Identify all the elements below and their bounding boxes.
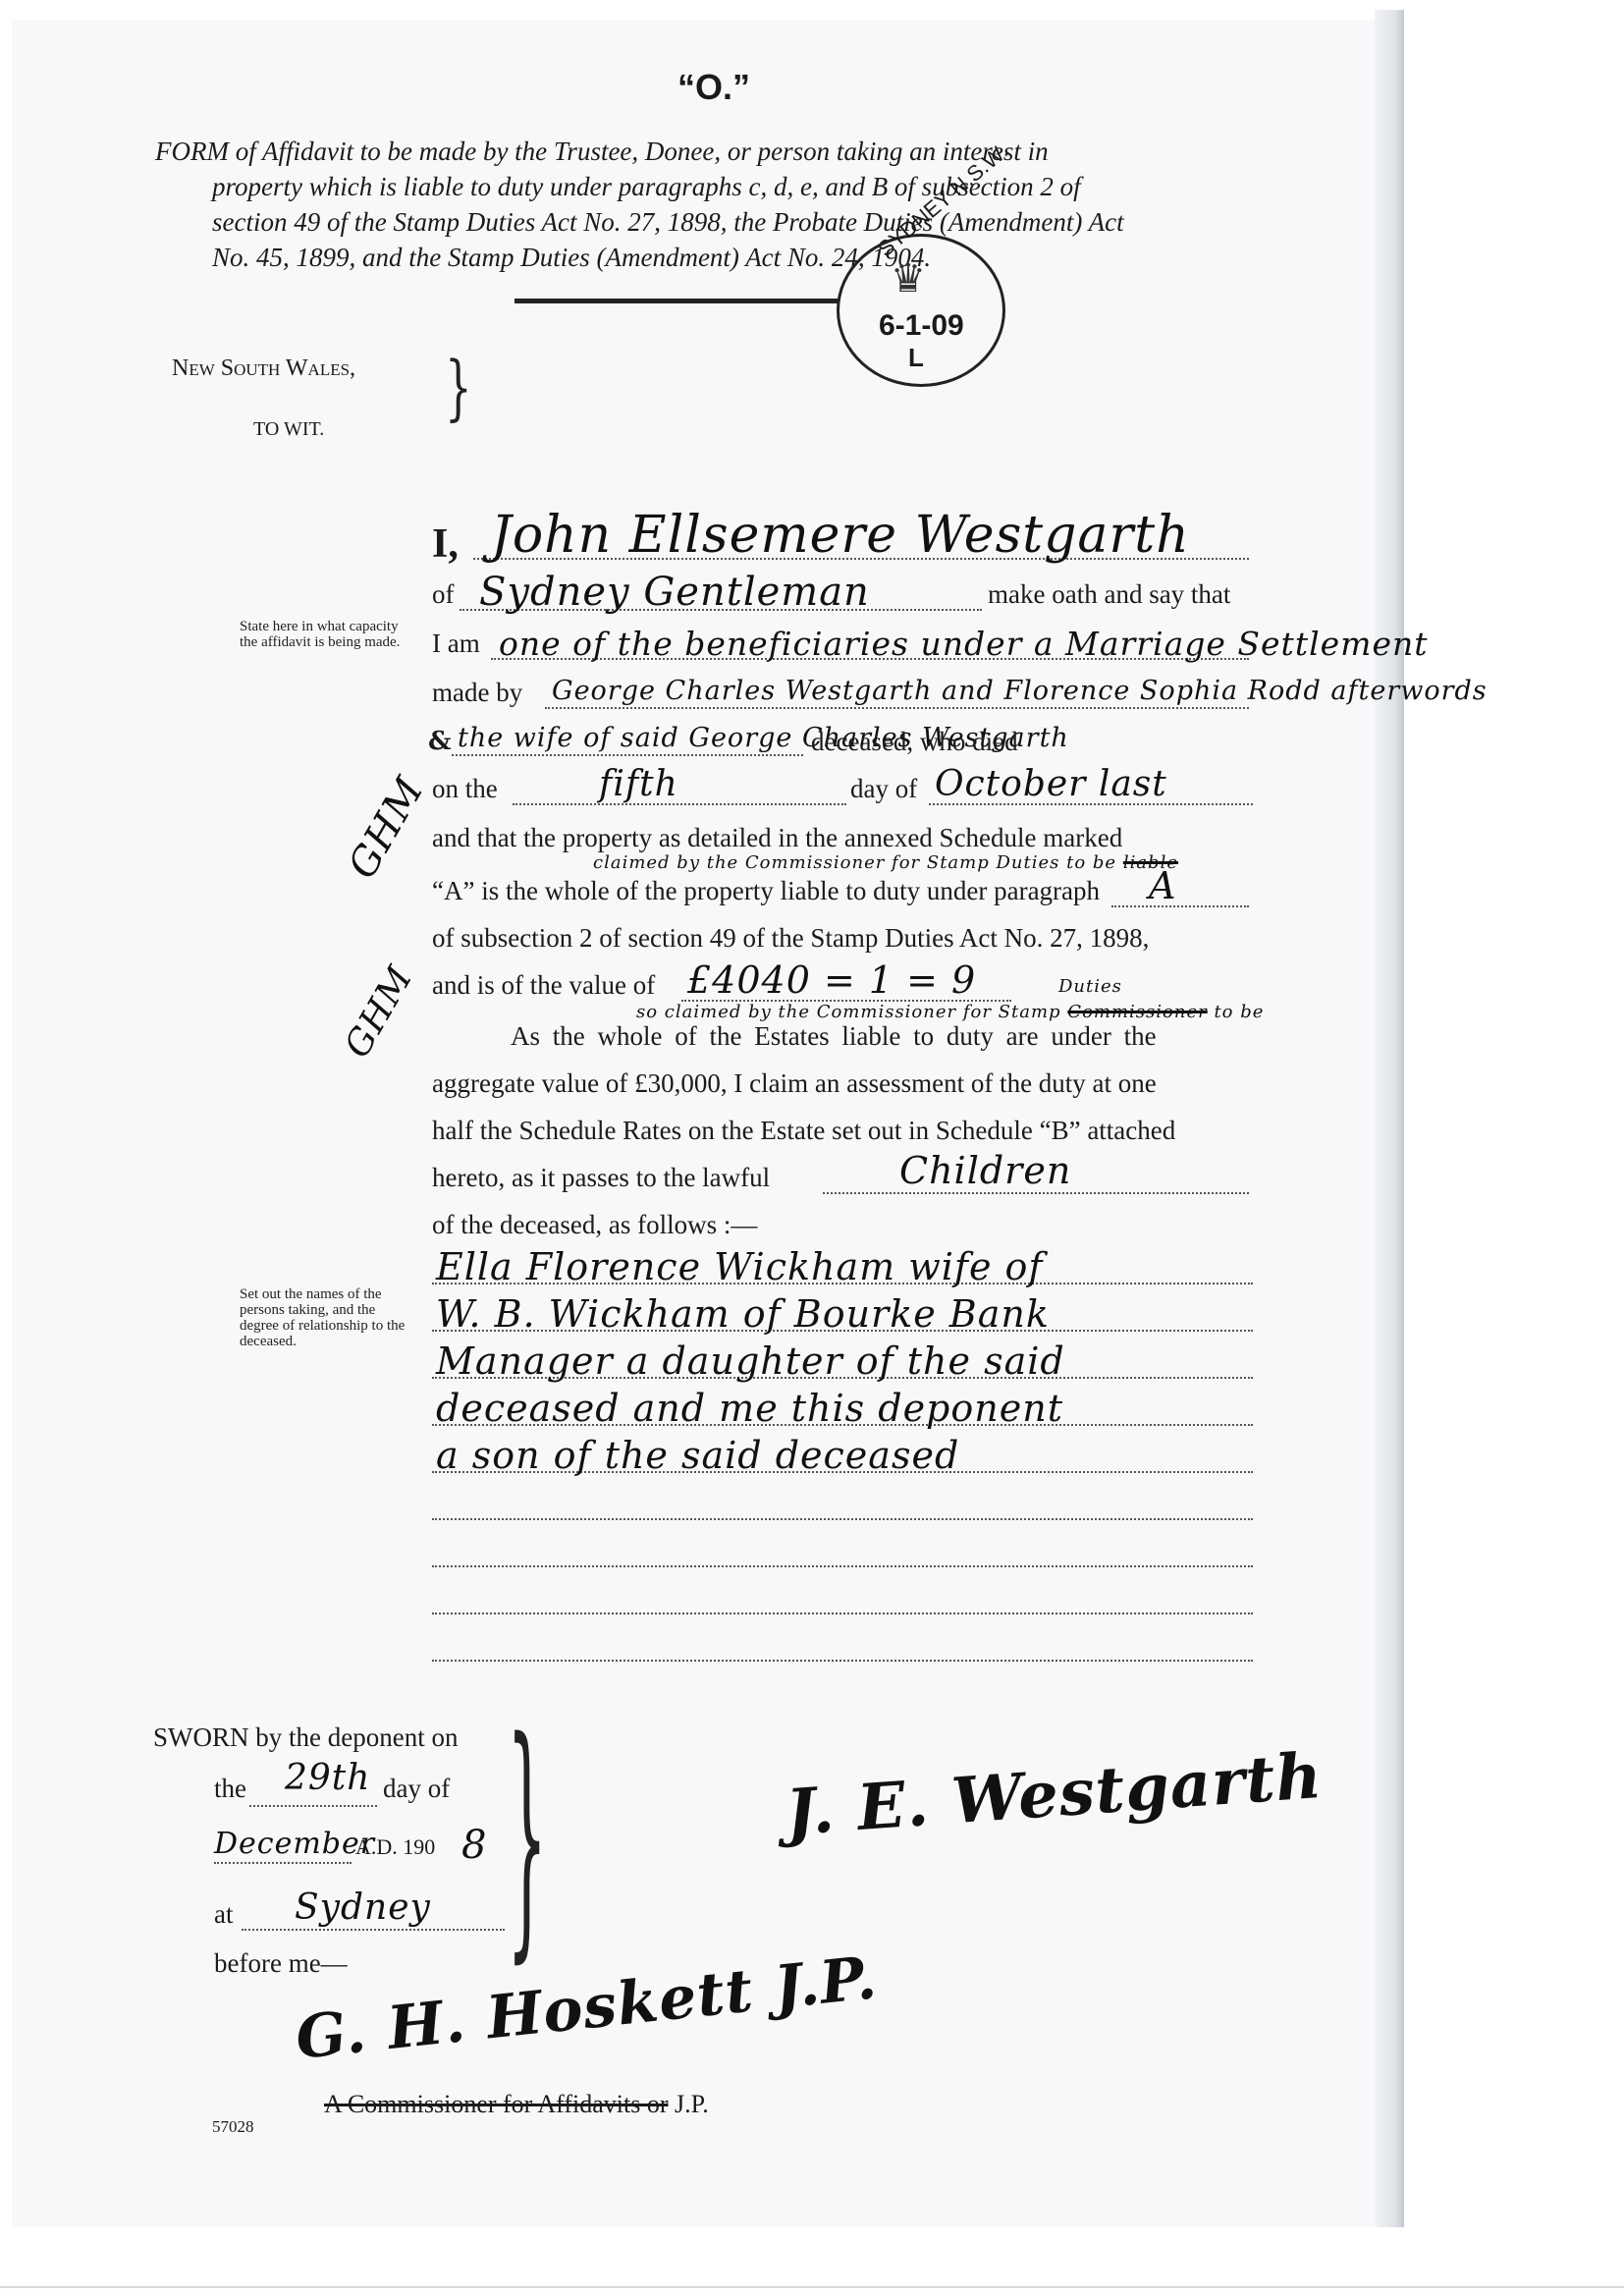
heading-rule: [514, 299, 839, 303]
i-label: I,: [432, 520, 459, 568]
form-letter: “O.”: [677, 67, 750, 108]
postmark-stamp: SYDNEY N.S.W. ♛ 6-1-09 L: [837, 234, 1005, 387]
made-by-line: [545, 707, 1249, 709]
lawful-field: Children: [899, 1149, 1071, 1192]
interlinear-note-2-end: to be: [1214, 1002, 1264, 1022]
beneficiary-text: a son of the said deceased: [436, 1434, 959, 1477]
beneficiary-text: Manager a daughter of the said: [436, 1339, 1065, 1383]
interlinear-note-1: claimed by the Commissioner for Stamp Du…: [593, 852, 1178, 873]
deceased-died-text: deceased, who died: [811, 727, 1018, 757]
and-that-text: and that the property as detailed in the…: [432, 823, 1122, 853]
witness-title: A Commissioner for Affidavits or J.P.: [324, 2090, 709, 2119]
beneficiary-text: W. B. Wickham of Bourke Bank: [436, 1292, 1050, 1336]
interlinear-note-2: so claimed by the Commissioner for Stamp…: [636, 1002, 1264, 1022]
half-rates-text: half the Schedule Rates on the Estate se…: [432, 1116, 1175, 1146]
witness-title-jp: J.P.: [675, 2090, 709, 2118]
jurisdiction-to-wit: TO WIT.: [253, 418, 324, 441]
beneficiary-line-blank: [432, 1481, 1253, 1528]
value-label: and is of the value of: [432, 970, 655, 1001]
jurat-day-of: day of: [383, 1774, 450, 1804]
make-oath-text: make oath and say that: [988, 579, 1230, 610]
jurat-place-line: [242, 1929, 505, 1931]
beneficiary-line-blank: [432, 1622, 1253, 1669]
beneficiary-line-blank: [432, 1528, 1253, 1575]
sworn-text: SWORN by the deponent on: [153, 1722, 458, 1753]
beneficiary-line: a son of the said deceased: [432, 1434, 1253, 1481]
of-deceased-text: of the deceased, as follows :—: [432, 1210, 757, 1240]
hereto-text: hereto, as it passes to the lawful: [432, 1163, 770, 1193]
ampersand-mark: &: [428, 727, 451, 756]
interlinear-note-2-struck: Commissioner: [1067, 1002, 1207, 1022]
postmark-date: 6-1-09: [879, 309, 964, 343]
beneficiary-line: Manager a daughter of the said: [432, 1339, 1253, 1387]
jurat-at-label: at: [214, 1899, 234, 1930]
aggregate-text: aggregate value of £30,000, I claim an a…: [432, 1068, 1157, 1099]
paragraph-line: [1111, 905, 1249, 907]
paragraph-field: A: [1149, 864, 1176, 907]
jurat-month-line: [214, 1862, 352, 1864]
postmark-letter: L: [908, 343, 924, 373]
jurat-the-label: the: [214, 1774, 246, 1804]
month-field: October last: [935, 764, 1167, 804]
beneficiary-line: W. B. Wickham of Bourke Bank: [432, 1292, 1253, 1339]
crown-icon: ♛: [891, 256, 926, 301]
beneficiary-text: Ella Florence Wickham wife of: [436, 1245, 1044, 1288]
jurat-month-field: December: [214, 1827, 375, 1861]
of-label: of: [432, 579, 455, 610]
beneficiary-line-blank: [432, 1575, 1253, 1622]
beneficiary-line: deceased and me this deponent: [432, 1387, 1253, 1434]
jurat-day-field: 29th: [285, 1758, 370, 1798]
subsection-text: of subsection 2 of section 49 of the Sta…: [432, 923, 1149, 954]
made-by-label: made by: [432, 678, 522, 708]
i-am-label: I am: [432, 629, 480, 659]
deponent-name-field: John Ellsemere Westgarth: [491, 506, 1190, 565]
interlinear-note-2-text: so claimed by the Commissioner for Stamp: [636, 1002, 1061, 1022]
margin-note-persons: Set out the names of the persons taking,…: [240, 1286, 406, 1349]
form-number: 57028: [212, 2117, 254, 2137]
beneficiary-text: deceased and me this deponent: [436, 1387, 1063, 1430]
page-edge-shadow: [1375, 10, 1404, 2227]
beneficiary-lines: Ella Florence Wickham wife of W. B. Wick…: [432, 1245, 1253, 1669]
day-field: fifth: [599, 764, 678, 804]
of-field: Sydney Gentleman: [479, 570, 870, 615]
day-line: [513, 803, 846, 805]
jurat-day-line: [249, 1805, 377, 1807]
capacity-field: one of the beneficiaries under a Marriag…: [499, 625, 1429, 663]
on-the-label: on the: [432, 774, 498, 804]
made-by-line-2: [452, 754, 803, 756]
jurat-year-field: 8: [461, 1823, 487, 1868]
jurat-ad-label: A.D. 190: [355, 1834, 435, 1860]
as-whole-text: As the whole of the Estates liable to du…: [511, 1021, 1157, 1052]
made-by-field: George Charles Westgarth and Florence So…: [552, 676, 1488, 706]
interlinear-note-2-above: Duties: [1058, 976, 1122, 997]
brace-jurisdiction: }: [445, 352, 471, 422]
witness-title-struck: A Commissioner for Affidavits or: [324, 2090, 669, 2118]
heading-line-1: FORM of Affidavit to be made by the Trus…: [155, 134, 1049, 169]
day-of-label: day of: [850, 774, 917, 804]
before-me-text: before me—: [214, 1948, 348, 1979]
value-field: £4040 = 1 = 9: [687, 958, 976, 1002]
whole-of-text: “A” is the whole of the property liable …: [432, 876, 1100, 906]
brace-jurat: }: [507, 1709, 547, 1964]
jurisdiction-state: New South Wales,: [172, 355, 355, 382]
beneficiary-line: Ella Florence Wickham wife of: [432, 1245, 1253, 1292]
interlinear-note-1-text: claimed by the Commissioner for Stamp Du…: [593, 852, 1116, 873]
lawful-line: [823, 1192, 1249, 1194]
heading-line-4: No. 45, 1899, and the Stamp Duties (Amen…: [212, 240, 931, 275]
jurat-place-field: Sydney: [295, 1887, 431, 1928]
heading-line-3: section 49 of the Stamp Duties Act No. 2…: [212, 204, 1124, 240]
margin-note-capacity: State here in what capacity the affidavi…: [240, 619, 416, 650]
scan-edge: [0, 2286, 1624, 2288]
